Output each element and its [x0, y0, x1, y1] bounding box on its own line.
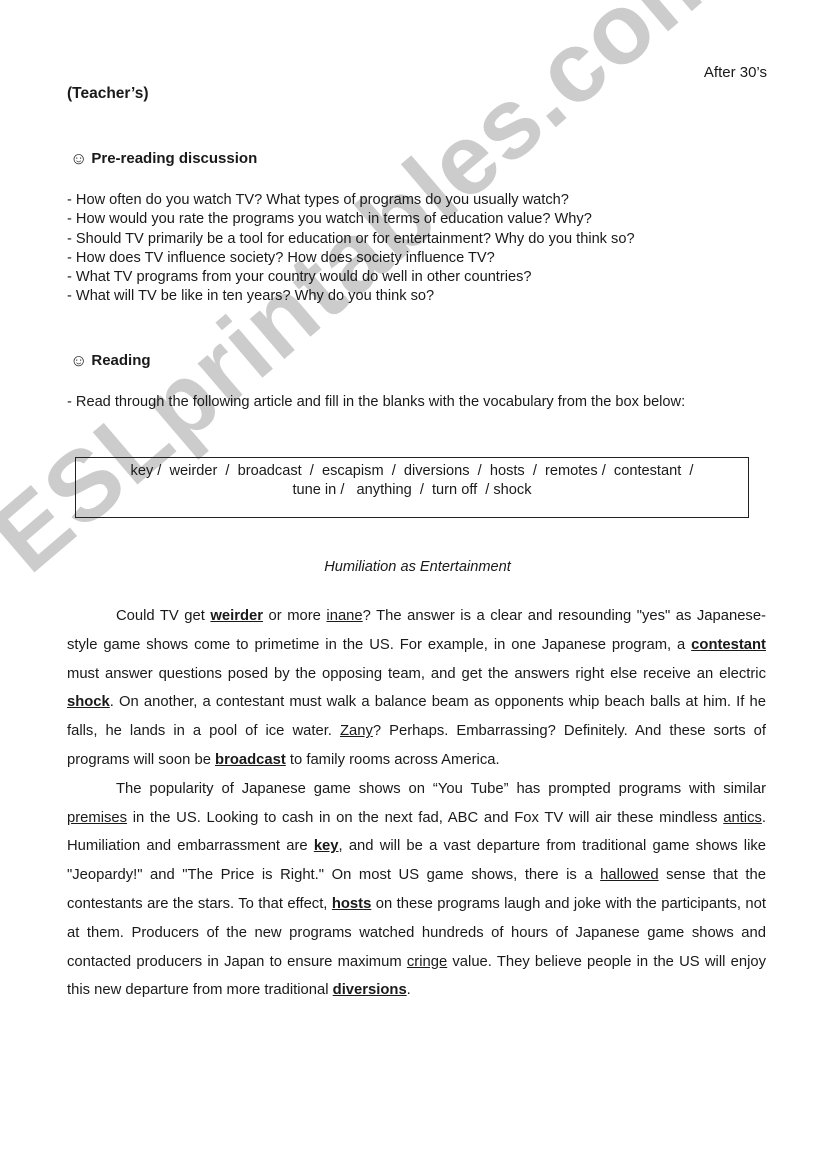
worksheet-page: ESLprintables.com After 30’s (Teacher’s)… [0, 0, 821, 1169]
question-item: - What will TV be like in ten years? Why… [67, 287, 767, 306]
vocabulary-box: key / weirder / broadcast / escapism / d… [75, 457, 749, 518]
pre-reading-heading: ☺ Pre-reading discussion [70, 150, 257, 167]
answer-word: contestant [691, 637, 766, 653]
answer-word: diversions [333, 982, 407, 998]
question-item: - How does TV influence society? How doe… [67, 249, 767, 268]
question-item: - How often do you watch TV? What types … [67, 191, 767, 210]
vocabulary-word: hallowed [600, 867, 658, 883]
vocabulary-line: tune in / anything / turn off / shock [86, 481, 738, 500]
answer-word: weirder [210, 608, 263, 624]
vocabulary-word: Zany [340, 723, 373, 739]
article-title: Humiliation as Entertainment [0, 559, 821, 575]
reading-heading: ☺ Reading [70, 352, 151, 369]
level-label: After 30’s [704, 64, 767, 81]
article-body: Could TV get weirder or more inane? The … [67, 602, 766, 1005]
answer-word: hosts [332, 896, 371, 912]
question-item: - What TV programs from your country wou… [67, 268, 767, 287]
discussion-questions: - How often do you watch TV? What types … [67, 191, 767, 307]
answer-word: broadcast [215, 752, 286, 768]
vocabulary-line: key / weirder / broadcast / escapism / d… [86, 462, 738, 481]
vocabulary-word: inane [326, 608, 362, 624]
reading-instruction: - Read through the following article and… [67, 393, 767, 412]
pre-reading-title: Pre-reading discussion [91, 150, 257, 167]
smiley-icon: ☺ [70, 150, 87, 167]
answer-word: shock [67, 694, 110, 710]
version-label: (Teacher’s) [67, 85, 149, 103]
article-paragraph: Could TV get weirder or more inane? The … [67, 602, 766, 775]
vocabulary-word: premises [67, 810, 127, 826]
reading-title: Reading [91, 352, 150, 369]
article-paragraph: The popularity of Japanese game shows on… [67, 775, 766, 1005]
vocabulary-word: cringe [407, 954, 447, 970]
question-item: - How would you rate the programs you wa… [67, 210, 767, 229]
answer-word: key [314, 838, 339, 854]
question-item: - Should TV primarily be a tool for educ… [67, 230, 767, 249]
smiley-icon: ☺ [70, 352, 87, 369]
vocabulary-word: antics [723, 810, 762, 826]
